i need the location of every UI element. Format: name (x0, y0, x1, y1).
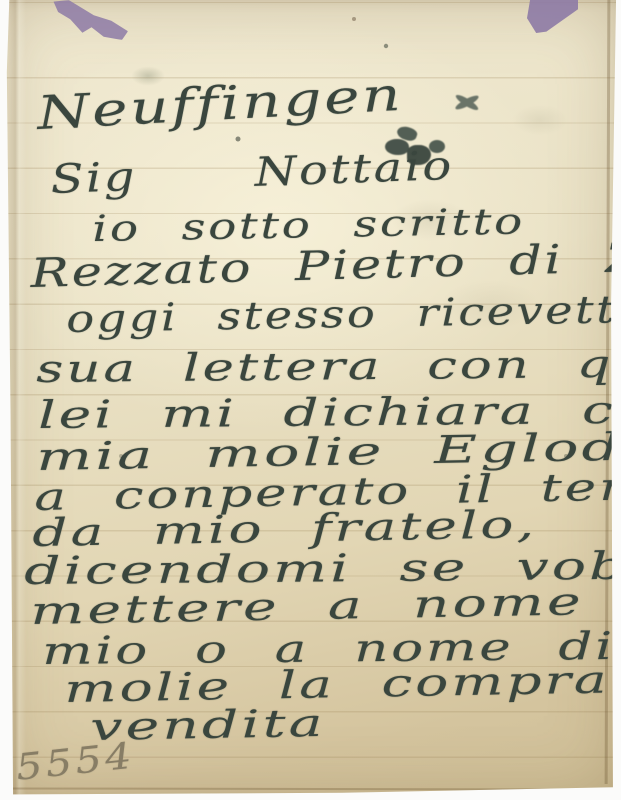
letter-line: sua lettera con quale (36, 344, 621, 388)
ink-stain-x (452, 90, 482, 114)
letter-line-place: Neuffingen (36, 71, 404, 136)
letter-line: oggi stesso ricevetti (66, 290, 621, 338)
paper-crease (8, 0, 26, 800)
stamp-mark-left (52, 0, 128, 40)
ruled-paper: Neuffingen Sig Nottaio io sotto scritto … (0, 0, 621, 800)
scanned-letter: Neuffingen Sig Nottaio io sotto scritto … (0, 0, 621, 800)
paper-edge-bottom (12, 787, 604, 790)
letter-line: molie la compra (64, 660, 610, 708)
stamp-mark-right (527, 0, 578, 33)
paper-specks (0, 0, 2, 2)
letter-line-salutation: Sig Nottaio (50, 146, 454, 200)
archive-number: 5554 (14, 736, 137, 789)
